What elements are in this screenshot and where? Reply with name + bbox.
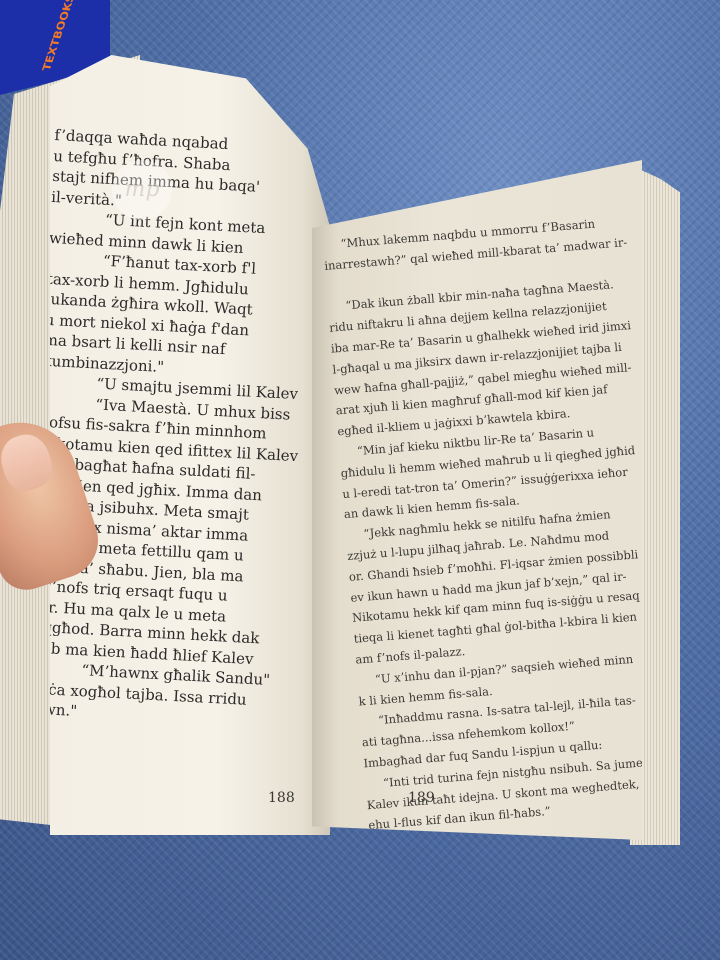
textbook-label: TEXTBOOKS [40, 0, 78, 71]
left-page-text: f’daqqa waħda nqabadu tefgħu f’ħofra. Sh… [50, 125, 330, 733]
right-page: “Mhux lakemm naqbdu u mmorru f’Basarinin… [312, 160, 642, 840]
thumbnail-nail [0, 429, 58, 496]
right-page-text: “Mhux lakemm naqbdu u mmorru f’Basarinin… [322, 211, 642, 837]
watermark-logo-icon: mp [112, 160, 172, 220]
page-number-left: 188 [268, 790, 295, 806]
left-page: f’daqqa waħda nqabadu tefgħu f’ħofra. Sh… [50, 55, 330, 835]
page-number-right: 189 [408, 790, 435, 806]
